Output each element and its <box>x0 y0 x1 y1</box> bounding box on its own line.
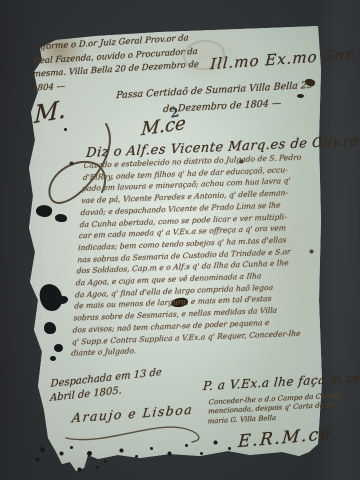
closing-block: Conceder-lhe o d.o Campo da Cidade menci… <box>207 391 340 426</box>
ink-flourish-mark <box>297 94 304 98</box>
ink-blot <box>54 344 63 352</box>
photograph-of-manuscript: Informe o D.or Juiz Geral Prov.or da Rea… <box>0 0 360 480</box>
ink-blot <box>50 356 56 361</box>
signature-flourish <box>62 418 212 448</box>
ink-specks <box>0 0 3 3</box>
petition-body: Cazado e estabelecido no distrito do Jul… <box>71 151 330 360</box>
ink-blot <box>44 322 56 334</box>
